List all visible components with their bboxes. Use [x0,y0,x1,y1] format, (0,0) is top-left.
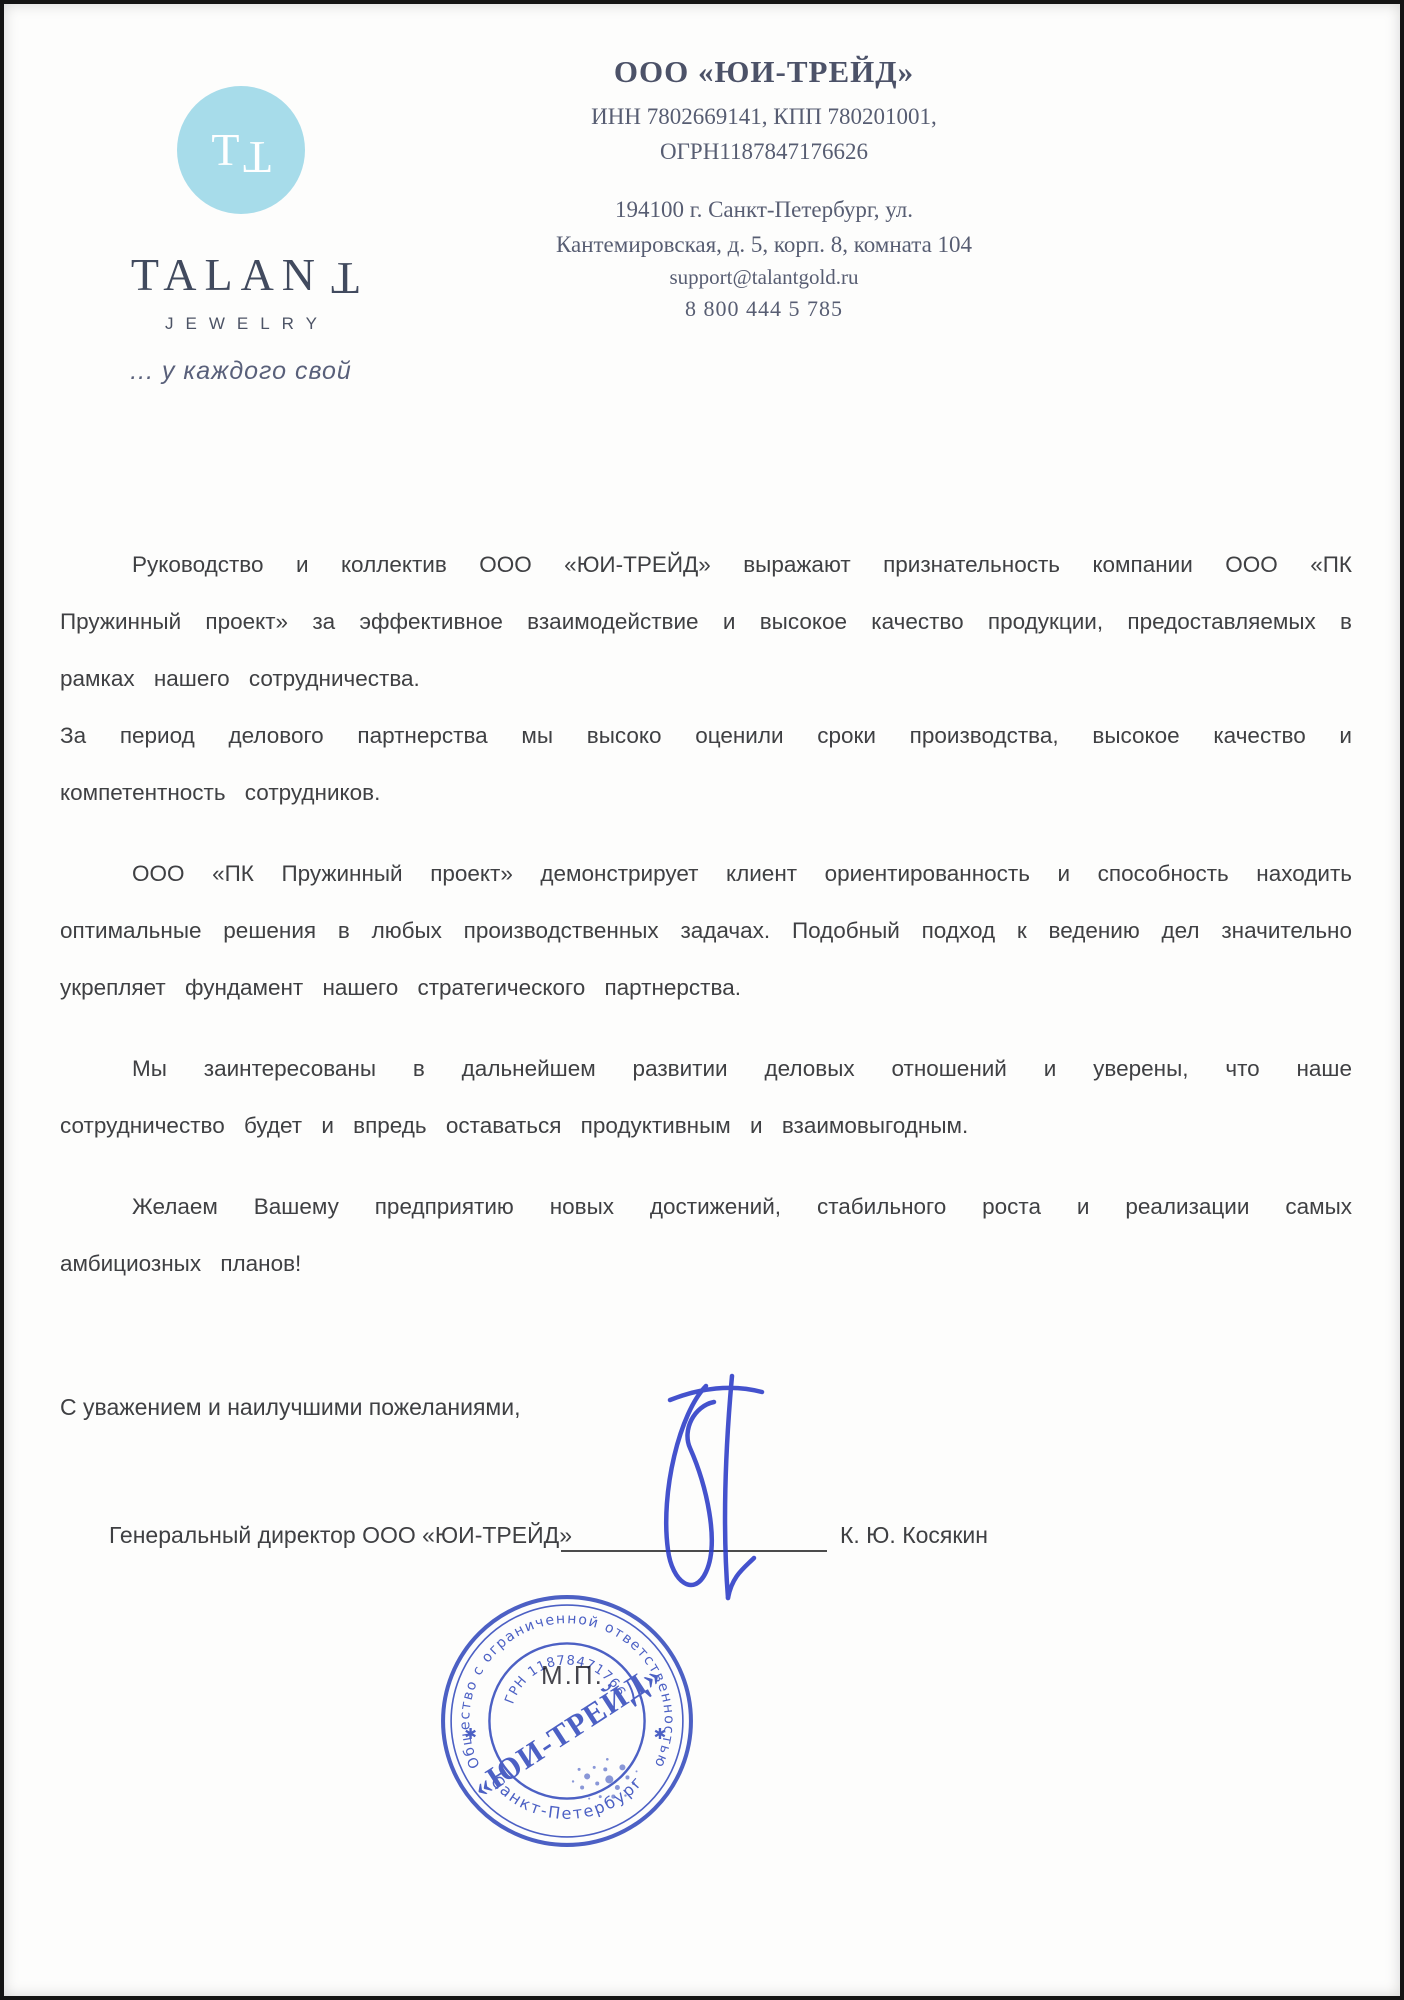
brand-logo: TT TALANT JEWELRY ... у каждого свой [108,86,374,386]
company-name: ООО «ЮИ-ТРЕЙД» [524,54,1004,90]
company-address-line1: 194100 г. Санкт-Петербург, ул. [524,192,1004,227]
company-inn-kpp: ИНН 7802669141, КПП 780201001, [524,99,1004,134]
company-header: ООО «ЮИ-ТРЕЙД» ИНН 7802669141, КПП 78020… [524,54,1004,325]
paragraph-1: Руководство и коллектив ООО «ЮИ-ТРЕЙД» в… [60,536,1352,707]
signer-name: К. Ю. Косякин [840,1522,988,1549]
brand-wordmark: TALANT [108,248,374,301]
wordmark-main: TALAN [131,249,323,300]
stamp-star-left: ✱ [464,1725,477,1743]
monogram-letter-inverted: T [243,134,271,180]
company-email: support@talantgold.ru [524,262,1004,293]
stamp-star-right: ✱ [654,1725,667,1743]
handwritten-signature [610,1372,785,1612]
company-stamp: Общество с ограниченной ответственностью… [436,1590,698,1852]
brand-subtitle: JEWELRY [108,314,374,334]
signer-title: Генеральный директор ООО «ЮИ-ТРЕЙД» [109,1522,572,1549]
wordmark-last-letter-inverted: T [323,252,359,305]
signature-strokes [666,1376,762,1598]
paragraph-5: Желаем Вашему предприятию новых достижен… [60,1178,1352,1292]
company-ogrn: ОГРН1187847176626 [524,134,1004,169]
paragraph-4: Мы заинтересованы в дальнейшем развитии … [60,1040,1352,1154]
brand-monogram-icon: TT [177,86,305,214]
closing-regards: С уважением и наилучшими пожеланиями, [60,1394,520,1421]
brand-tagline: ... у каждого свой [108,357,374,386]
company-address-line2: Кантемировская, д. 5, корп. 8, комната 1… [524,227,1004,262]
letter-page: TT TALANT JEWELRY ... у каждого свой ООО… [0,0,1404,2000]
monogram-letter: T [211,127,239,173]
letter-body: Руководство и коллектив ООО «ЮИ-ТРЕЙД» в… [60,536,1352,1292]
paragraph-2: За период делового партнерства мы высоко… [60,707,1352,821]
company-phone: 8 800 444 5 785 [524,293,1004,325]
paragraph-3: ООО «ПК Пружинный проект» демонстрирует … [60,845,1352,1016]
